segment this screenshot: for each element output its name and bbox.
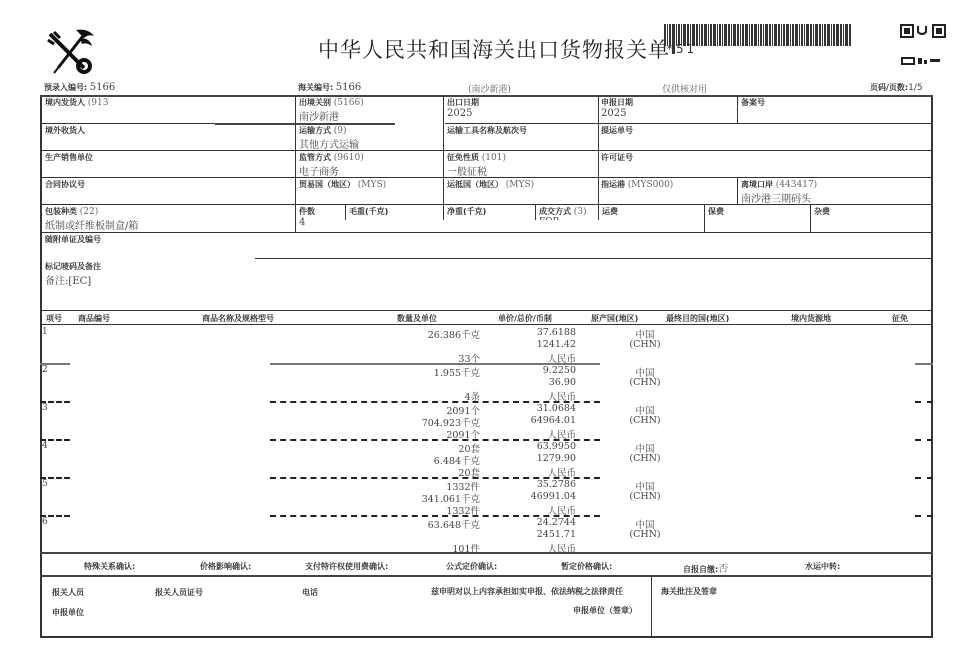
label: 运抵国（地区） <box>447 180 503 189</box>
field-contract-no: 合同协议号 <box>45 179 85 190</box>
col-header-destination: 最终目的国(地区) <box>666 313 729 324</box>
label: 贸易国（地区） <box>299 180 355 189</box>
value: 其他方式运输 <box>299 136 359 151</box>
label: 出口日期 <box>447 97 479 108</box>
price-impact-confirm: 价格影响确认: <box>200 561 251 572</box>
label: 成交方式 <box>539 207 571 216</box>
qr-code-icon <box>900 24 948 72</box>
label: 备案号 <box>741 97 765 108</box>
field-levy-nature: 征免性质 (101) 一般征税 <box>447 152 506 178</box>
label: 毛重(千克) <box>349 206 388 217</box>
field-exit-customs: 出境关别 (5166) 南沙新港 <box>299 97 364 123</box>
item-price: 31.0684 <box>537 403 576 414</box>
water-transit: 水运中转: <box>805 561 840 572</box>
code: (MYS) <box>358 180 386 190</box>
customs-number: 海关编号: 5166 <box>298 82 361 93</box>
label: 运输工具名称及航次号 <box>447 125 527 136</box>
verify-note: 仅供核对用 <box>662 82 707 95</box>
divider <box>651 575 652 638</box>
code: (913 <box>88 98 109 108</box>
self-report: 自报自缴:否 <box>683 560 728 575</box>
field-departure-port: 离境口岸 (443417) 南沙港三期码头 <box>741 179 817 205</box>
field-pieces: 件数 4 <box>299 206 315 228</box>
item-number: 3 <box>42 403 48 413</box>
value: 电子商务 <box>299 163 364 178</box>
col-header-no: 项号 <box>46 313 62 324</box>
code: (5166) <box>334 98 364 108</box>
value: 南沙港三期码头 <box>741 190 817 205</box>
col-header-qty: 数量及单位 <box>397 313 437 324</box>
value: 2025 <box>601 108 633 119</box>
field-insurance: 保费 <box>708 206 724 217</box>
label: 件数 <box>299 206 315 217</box>
field-freight: 运费 <box>602 206 618 217</box>
field-net-weight: 净重(千克) <box>447 206 486 217</box>
field-domestic-shipper: 境内发货人 (913 <box>45 97 109 108</box>
declaring-unit: 申报单位 <box>52 607 84 618</box>
label: 境外收货人 <box>45 125 85 136</box>
divider <box>737 95 738 123</box>
item-price: 37.6188 <box>537 327 576 338</box>
field-record-no: 备案号 <box>741 97 765 108</box>
barcode-text: *51 <box>666 42 697 56</box>
item-origin: (CHN) <box>622 377 668 388</box>
table-row: 420套6.484千克20套63.99501279.90人民币中国(CHN) <box>40 439 933 477</box>
value: 南沙新港 <box>299 108 364 123</box>
item-price: 46991.04 <box>531 491 576 502</box>
table-row: 663.648千克101件24.27442451.71人民币中国(CHN) <box>40 515 933 553</box>
declaring-unit-seal: 申报单位（签章） <box>573 605 637 616</box>
divider <box>445 123 933 124</box>
item-price: 36.90 <box>549 377 576 388</box>
item-price: 1279.90 <box>537 453 576 464</box>
field-overseas-consignee: 境外收货人 <box>45 125 85 136</box>
field-misc-fee: 杂费 <box>814 206 830 217</box>
divider <box>810 204 811 232</box>
code: (101) <box>482 153 506 163</box>
formula-pricing-confirm: 公式定价确认: <box>446 561 497 572</box>
label: 提运单号 <box>601 125 633 136</box>
label: 监管方式 <box>299 153 331 162</box>
customs-number-value: 5166 <box>336 82 361 93</box>
code: (MYS000) <box>628 180 674 190</box>
code: (443417) <box>776 180 817 190</box>
item-quantity: 63.648千克 <box>428 517 480 531</box>
page-indicator: 页码/页数:1/5 <box>870 82 923 93</box>
field-trade-country: 贸易国（地区） (MYS) <box>299 179 386 190</box>
divider <box>40 552 933 554</box>
label: 指运港 <box>601 180 625 189</box>
item-origin: (CHN) <box>622 415 668 426</box>
label: 生产销售单位 <box>45 152 93 163</box>
item-quantity: 26.386千克 <box>428 327 480 341</box>
item-price: 35.2786 <box>537 479 576 490</box>
code: (9610) <box>334 153 364 163</box>
label: 运输方式 <box>299 126 331 135</box>
label: 包装种类 <box>45 207 77 216</box>
item-price: 2451.71 <box>537 529 576 540</box>
code: (MYS) <box>506 180 534 190</box>
divider <box>598 95 599 232</box>
value: 4 <box>299 217 315 228</box>
port-name: (南沙新港) <box>468 82 511 95</box>
provisional-price-confirm: 暂定价格确认: <box>561 561 612 572</box>
table-row: 51332件341.061千克1332件35.278646991.04人民币中国… <box>40 477 933 515</box>
barcode <box>664 24 889 46</box>
item-origin: (CHN) <box>622 339 668 350</box>
divider <box>40 150 933 151</box>
label: 运费 <box>602 206 618 217</box>
value: 2025 <box>447 108 479 119</box>
col-header-source: 境内货源地 <box>791 313 831 324</box>
page-label: 页码/页数: <box>870 83 908 92</box>
royalty-confirm: 支付特许权使用费确认: <box>305 561 388 572</box>
field-dest-port: 指运港 (MYS000) <box>601 179 673 190</box>
code: (9) <box>334 126 347 136</box>
field-dest-country: 运抵国（地区） (MYS) <box>447 179 534 190</box>
item-quantity: 1.955千克 <box>434 365 480 379</box>
item-number: 6 <box>42 517 48 527</box>
divider <box>255 258 933 259</box>
divider <box>704 204 705 232</box>
item-number: 1 <box>42 327 48 337</box>
self-report-label: 自报自缴: <box>683 565 718 574</box>
divider <box>40 575 933 577</box>
field-transport-name: 运输工具名称及航次号 <box>447 125 527 136</box>
item-price: 64964.01 <box>531 415 576 426</box>
label: 随附单证及编号 <box>45 234 101 245</box>
field-license-no: 许可证号 <box>601 152 633 163</box>
special-relation-confirm: 特殊关系确认: <box>84 561 135 572</box>
table-row: 126.386千克33个37.61881241.42人民币中国(CHN) <box>40 325 933 363</box>
label: 境内发货人 <box>45 98 85 107</box>
pre-entry-number: 预录入编号: 5166 <box>44 82 115 93</box>
label: 出境关别 <box>299 98 331 107</box>
declarant-id: 报关人员证号 <box>155 587 203 598</box>
value: 纸制或纤维板制盒/箱 <box>45 217 138 232</box>
label: 保费 <box>708 206 724 217</box>
col-header-levy: 征免 <box>892 313 908 324</box>
field-transport-mode: 运输方式 (9) 其他方式运输 <box>299 125 359 151</box>
item-price: 24.2744 <box>537 517 576 528</box>
col-header-price: 单价/总价/币制 <box>498 313 552 324</box>
col-header-origin: 原产国(地区) <box>591 313 638 324</box>
table-row: 32091个704.923千克2091个31.068464964.01人民币中国… <box>40 401 933 439</box>
page-value: 1/5 <box>908 83 922 93</box>
label: 征免性质 <box>447 153 479 162</box>
label: 许可证号 <box>601 152 633 163</box>
divider <box>443 95 444 205</box>
field-package-type: 包装种类 (22) 纸制或纤维板制盒/箱 <box>45 206 138 232</box>
self-report-value: 否 <box>718 564 728 575</box>
field-producer: 生产销售单位 <box>45 152 93 163</box>
code: (3) <box>574 207 587 217</box>
label: 净重(千克) <box>447 206 486 217</box>
field-gross-weight: 毛重(千克) <box>349 206 388 217</box>
item-number: 4 <box>42 441 48 451</box>
divider <box>737 177 738 205</box>
label: 申报日期 <box>601 97 633 108</box>
divider <box>40 232 933 233</box>
label: 离境口岸 <box>741 180 773 189</box>
field-bill-no: 提运单号 <box>601 125 633 136</box>
divider <box>40 310 933 311</box>
table-row: 21.955千克4条9.225036.90人民币中国(CHN) <box>40 363 933 401</box>
item-price: 9.2250 <box>543 365 576 376</box>
divider <box>295 95 296 232</box>
document-title: 中华人民共和国海关出口货物报关单 <box>318 34 670 64</box>
field-marks-remarks: 标记唛码及备注 备注:[EC] <box>45 261 101 287</box>
field-attached-docs: 随附单证及编号 <box>45 234 101 245</box>
customs-emblem-icon <box>44 26 96 74</box>
item-price: 63.9950 <box>537 441 576 452</box>
col-header-name: 商品名称及规格型号 <box>202 313 274 324</box>
pre-entry-value: 5166 <box>90 82 115 93</box>
item-price: 1241.42 <box>537 339 576 350</box>
item-origin: (CHN) <box>622 529 668 540</box>
item-origin: (CHN) <box>622 453 668 464</box>
field-declare-date: 申报日期 2025 <box>601 97 633 119</box>
value: 备注:[EC] <box>45 272 101 287</box>
declarant: 报关人员 <box>52 587 84 598</box>
col-header-code: 商品编号 <box>78 313 110 324</box>
label: 杂费 <box>814 206 830 217</box>
label: 标记唛码及备注 <box>45 261 101 272</box>
code: (22) <box>80 207 98 217</box>
customs-number-label: 海关编号: <box>298 83 333 92</box>
item-origin: (CHN) <box>622 491 668 502</box>
field-export-date: 出口日期 2025 <box>447 97 479 119</box>
pre-entry-label: 预录入编号: <box>44 83 87 92</box>
label: 合同协议号 <box>45 179 85 190</box>
divider <box>40 95 933 97</box>
field-supervision: 监管方式 (9610) 电子商务 <box>299 152 364 178</box>
redacted-area <box>345 220 599 232</box>
value: 一般征税 <box>447 163 506 178</box>
legal-statement: 兹申明对以上内容承担如实申报、依法纳税之法律责任 <box>431 586 623 597</box>
customs-approval: 海关批注及签章 <box>661 586 717 597</box>
item-number: 2 <box>42 365 48 375</box>
item-number: 5 <box>42 479 48 489</box>
phone: 电话 <box>302 587 318 598</box>
